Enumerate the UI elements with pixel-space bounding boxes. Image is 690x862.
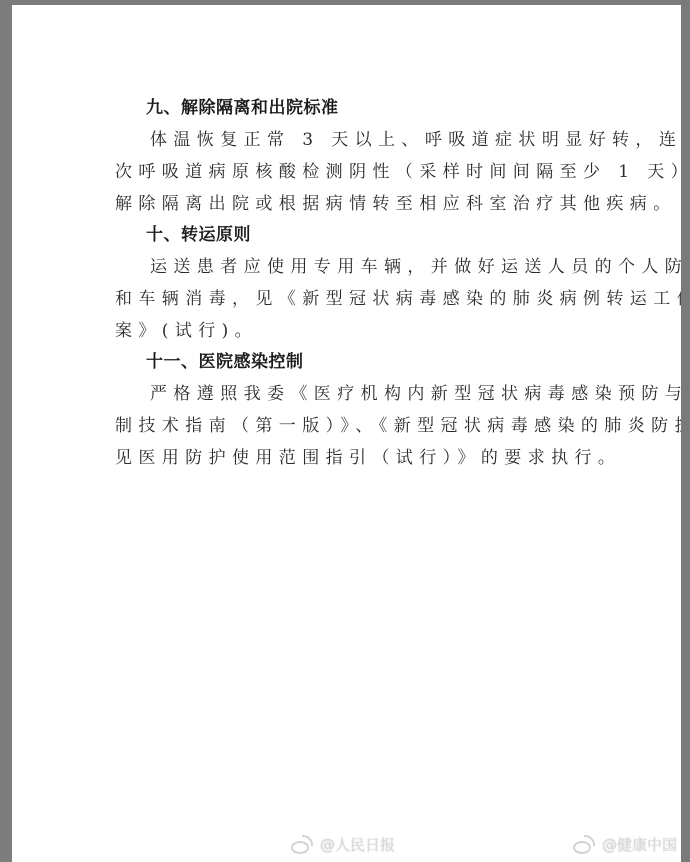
section-heading: 十、转运原则 [115,220,595,251]
section-heading: 十一、医院感染控制 [115,347,595,378]
paragraph-line: 严格遵照我委《医疗机构内新型冠状病毒感染预防与控 [115,378,595,410]
page-frame-right [681,0,690,862]
document-page: 九、解除隔离和出院标准 体温恢复正常 3 天以上、呼吸道症状明显好转，连续两 次… [12,5,681,862]
watermark-renmin-ribao: @人民日报 [290,834,395,855]
section-paragraph: 运送患者应使用专用车辆，并做好运送人员的个人防护 和车辆消毒，见《新型冠状病毒感… [115,251,595,347]
paragraph-line: 运送患者应使用专用车辆，并做好运送人员的个人防护 [115,251,595,283]
watermark-bar: @人民日报 @健康中国 [0,834,690,862]
weibo-icon [290,835,314,855]
paragraph-line: 解除隔离出院或根据病情转至相应科室治疗其他疾病。 [115,188,595,220]
section-paragraph: 体温恢复正常 3 天以上、呼吸道症状明显好转，连续两 次呼吸道病原核酸检测阴性（… [115,124,595,220]
paragraph-line: 体温恢复正常 3 天以上、呼吸道症状明显好转，连续两 [115,124,595,156]
paragraph-line: 见医用防护使用范围指引（试行）》的要求执行。 [115,442,595,474]
weibo-icon [572,835,596,855]
watermark-text: @人民日报 [320,834,395,855]
section-heading: 九、解除隔离和出院标准 [115,93,595,124]
watermark-jiankang-zhongguo: @健康中国 [572,834,677,855]
section-discharge-criteria: 九、解除隔离和出院标准 体温恢复正常 3 天以上、呼吸道症状明显好转，连续两 次… [115,93,595,220]
paragraph-line: 案》(试行)。 [115,315,595,347]
section-transport-principles: 十、转运原则 运送患者应使用专用车辆，并做好运送人员的个人防护 和车辆消毒，见《… [115,220,595,347]
section-paragraph: 严格遵照我委《医疗机构内新型冠状病毒感染预防与控 制技术指南（第一版）》、《新型… [115,378,595,474]
watermark-text: @健康中国 [602,834,677,855]
document-content: 九、解除隔离和出院标准 体温恢复正常 3 天以上、呼吸道症状明显好转，连续两 次… [115,93,595,474]
paragraph-line: 制技术指南（第一版）》、《新型冠状病毒感染的肺炎防护中常 [115,410,595,442]
section-infection-control: 十一、医院感染控制 严格遵照我委《医疗机构内新型冠状病毒感染预防与控 制技术指南… [115,347,595,474]
paragraph-line: 次呼吸道病原核酸检测阴性（采样时间间隔至少 1 天），可 [115,156,595,188]
paragraph-line: 和车辆消毒，见《新型冠状病毒感染的肺炎病例转运工作方 [115,283,595,315]
